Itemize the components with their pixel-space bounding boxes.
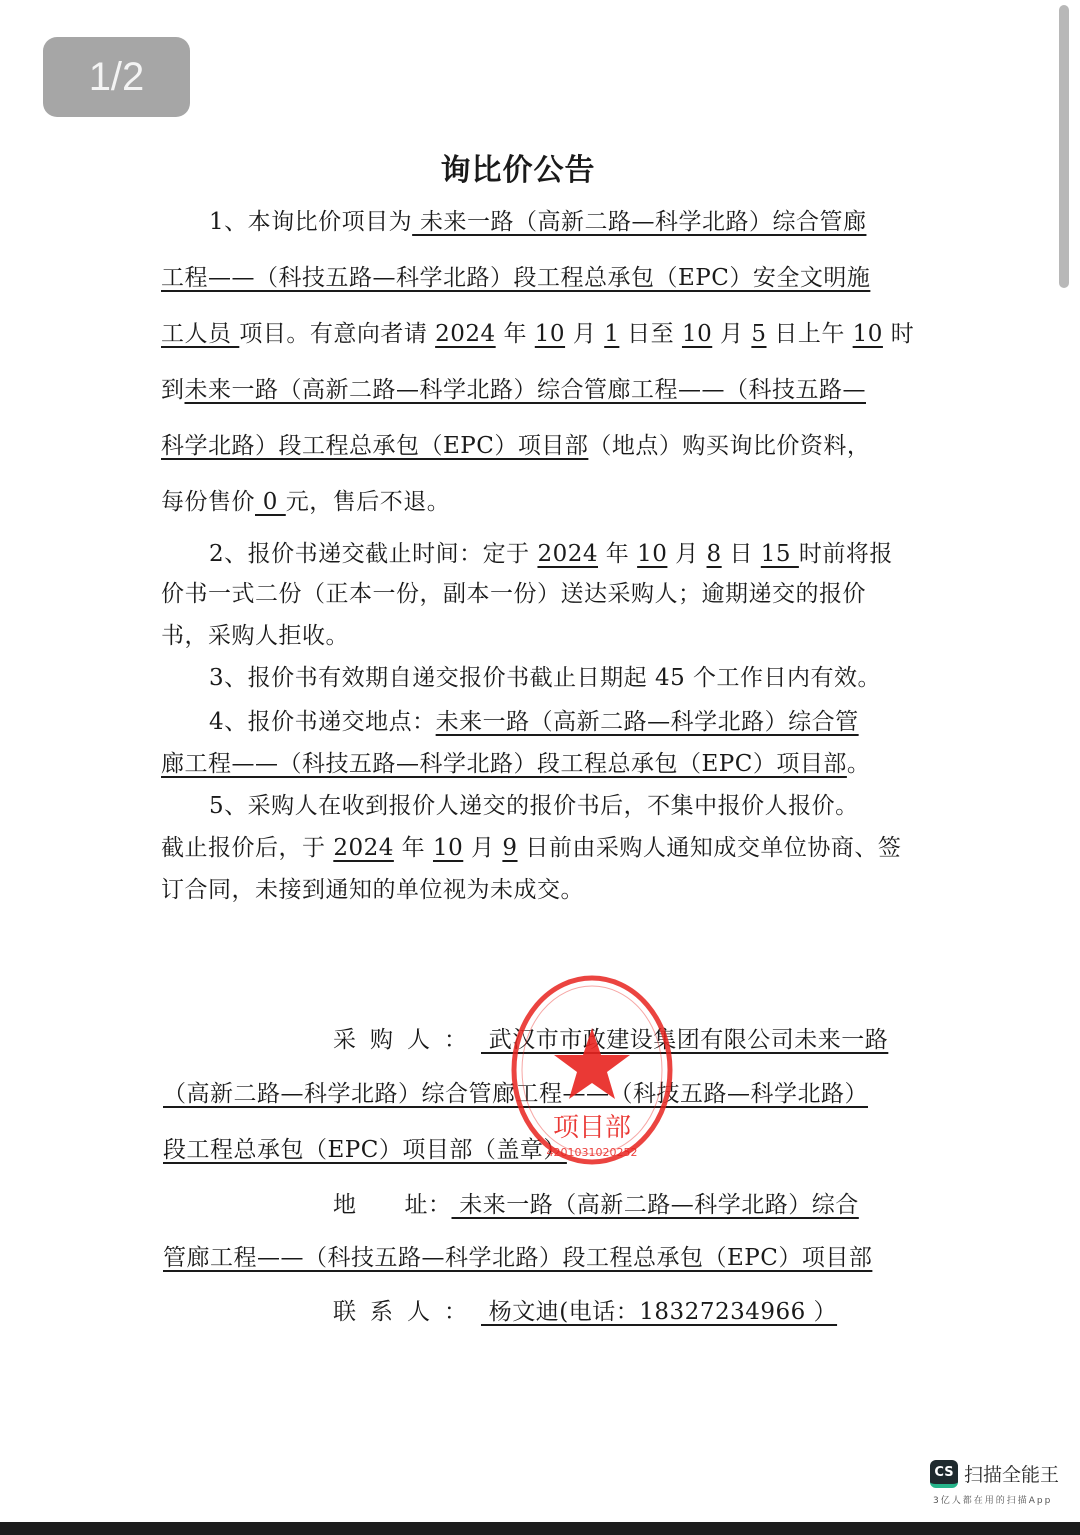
contact-row: 联系人： 杨文迪(电话：18327234966 ） (333, 1295, 837, 1329)
location: 未来一路（高新二路—科学北路）综合管廊工程——（科技五路— (185, 377, 867, 403)
contact-value: 杨文迪(电话：18327234966 ） (481, 1299, 837, 1325)
text: 1、本询比价项目为 (209, 209, 412, 235)
watermark-app-name: 扫描全能王 (964, 1460, 1059, 1487)
text: 日至 (619, 321, 682, 347)
text: 年 (496, 321, 535, 347)
text: 工人员 (161, 321, 239, 347)
purchaser-line-2: （高新二路—科学北路）综合管廊工程——（科技五路—科学北路） (163, 1077, 868, 1111)
text: 时 (883, 321, 914, 347)
text: 日 (722, 541, 761, 567)
watermark-tagline: 3亿人都在用的扫描App (933, 1493, 1052, 1506)
paragraph-1-line-4: 到未来一路（高新二路—科学北路）综合管廊工程——（科技五路— (161, 373, 876, 407)
paragraph-5-line-1: 5、采购人在收到报价人递交的报价书后，不集中报价人报价。 (161, 789, 924, 823)
address-value: 未来一路（高新二路—科学北路）综合 (452, 1192, 859, 1218)
text: 月 (565, 321, 604, 347)
text: 元，售后不退。 (286, 489, 451, 515)
text: 2、报价书递交截止时间：定于 (209, 541, 537, 567)
text: 年 (598, 541, 637, 567)
submission-location: 廊工程——（科技五路—科学北路）段工程总承包（EPC）项目部 (161, 751, 847, 777)
text: 4、报价书递交地点： (209, 709, 436, 735)
text: 月 (667, 541, 706, 567)
camscanner-logo-icon: CS (930, 1460, 958, 1488)
purchase-end-day: 5 (751, 321, 766, 347)
text: 项目。有意向者请 (239, 321, 435, 347)
paragraph-4-line-2: 廊工程——（科技五路—科学北路）段工程总承包（EPC）项目部。 (161, 747, 876, 781)
deadline-hour: 15 (761, 541, 799, 567)
paragraph-5-line-3: 订合同，未接到通知的单位视为未成交。 (161, 873, 876, 907)
paragraph-1-line-3: 工人员 项目。有意向者请 2024 年 10 月 1 日至 10 月 5 日上午… (161, 317, 876, 351)
address-row: 地址： 未来一路（高新二路—科学北路）综合 (333, 1188, 859, 1222)
paragraph-2-line-1: 2、报价书递交截止时间：定于 2024 年 10 月 8 日 15 时前将报 (161, 537, 924, 571)
text: 月 (712, 321, 751, 347)
purchase-start-day: 1 (604, 321, 619, 347)
paragraph-2-line-2: 价书一式二份（正本一份，副本一份）送达采购人；逾期递交的报价 (161, 577, 876, 611)
paragraph-5-line-2: 截止报价后，于 2024 年 10 月 9 日前由采购人通知成交单位协商、签 (161, 831, 876, 865)
address-line-2: 管廊工程——（科技五路—科学北路）段工程总承包（EPC）项目部 (163, 1241, 872, 1275)
address-label: 地 (333, 1192, 357, 1218)
bottom-bar (0, 1522, 1080, 1535)
paragraph-4-line-1: 4、报价书递交地点：未来一路（高新二路—科学北路）综合管 (161, 705, 924, 739)
purchase-end-month: 10 (682, 321, 712, 347)
paragraph-1-line-6: 每份售价 0 元，售后不退。 (161, 485, 876, 519)
deadline-day: 8 (707, 541, 722, 567)
purchaser-line-3: 段工程总承包（EPC）项目部（盖章） (163, 1133, 567, 1167)
notify-day: 9 (502, 835, 517, 861)
page-indicator: 1/2 (43, 37, 190, 117)
contact-label: 联系人： (333, 1299, 481, 1325)
text: 截止报价后，于 (161, 835, 333, 861)
text: 日前由采购人通知成交单位协商、签 (518, 835, 902, 861)
scanner-watermark: CS 扫描全能王 3亿人都在用的扫描App (930, 1458, 1070, 1508)
purchaser-row: 采购人： 武汉市市政建设集团有限公司未来一路 (333, 1023, 888, 1057)
notify-year: 2024 (333, 835, 394, 861)
text: 到 (161, 377, 185, 403)
text: 月 (463, 835, 502, 861)
purchaser-value: 武汉市市政建设集团有限公司未来一路 (481, 1027, 888, 1053)
paragraph-1-line-2: 工程——（科技五路—科学北路）段工程总承包（EPC）安全文明施 (161, 261, 876, 295)
text: 。 (847, 751, 871, 777)
deadline-month: 10 (637, 541, 667, 567)
purchaser-label: 采购人： (333, 1027, 481, 1053)
text: （地点）购买询比价资料， (588, 433, 870, 459)
text: 日上午 (767, 321, 853, 347)
submission-location: 未来一路（高新二路—科学北路）综合管 (436, 709, 859, 735)
paragraph-3-line-1: 3、报价书有效期自递交报价书截止日期起 45 个工作日内有效。 (161, 661, 924, 695)
location: 科学北路）段工程总承包（EPC）项目部 (161, 433, 588, 459)
document-title: 询比价公告 (0, 145, 1036, 189)
purchase-start-year: 2024 (435, 321, 496, 347)
address-label: 址： (405, 1192, 452, 1218)
paragraph-1-line-5: 科学北路）段工程总承包（EPC）项目部（地点）购买询比价资料， (161, 429, 876, 463)
text: 每份售价 (161, 489, 255, 515)
project-name: 未来一路（高新二路—科学北路）综合管廊 (412, 209, 866, 235)
text: 时前将报 (799, 541, 893, 567)
text: 年 (394, 835, 433, 861)
price: 0 (255, 489, 286, 515)
purchase-start-month: 10 (535, 321, 565, 347)
paragraph-1-line-1: 1、本询比价项目为 未来一路（高新二路—科学北路）综合管廊 (161, 205, 924, 239)
scrollbar-thumb[interactable] (1059, 5, 1069, 288)
scrollbar[interactable] (1040, 0, 1080, 300)
purchase-end-hour: 10 (853, 321, 883, 347)
notify-month: 10 (433, 835, 463, 861)
deadline-year: 2024 (537, 541, 598, 567)
paragraph-2-line-3: 书，采购人拒收。 (161, 619, 876, 653)
